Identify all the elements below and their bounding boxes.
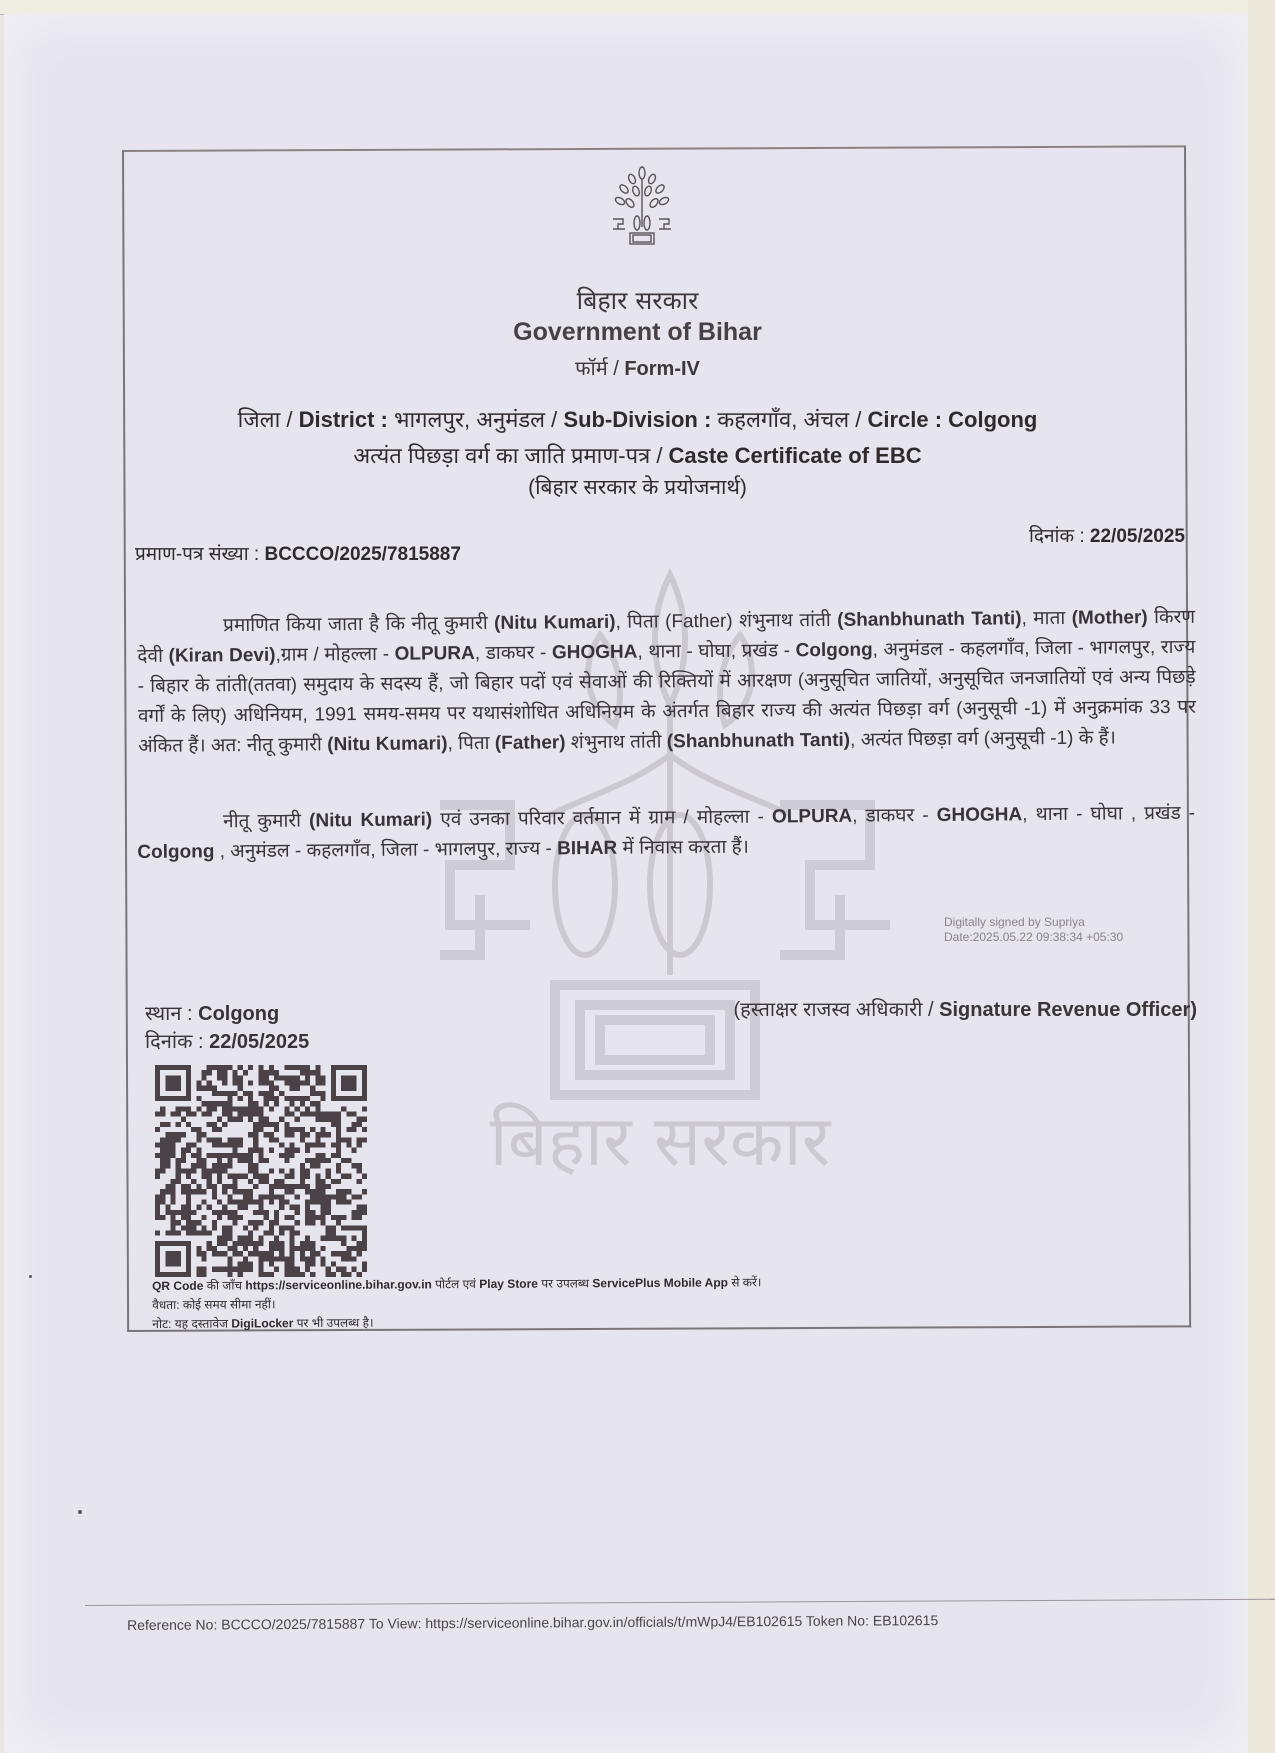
scan-right-edge bbox=[1248, 0, 1275, 1753]
paragraph-text: (Nitu Kumari) bbox=[494, 612, 616, 634]
signature-title-hindi: (हस्ताक्षर राजस्व अधिकारी / bbox=[733, 999, 939, 1021]
digital-signature-date: Date:2025.05.22 09:38:34 +05:30 bbox=[944, 930, 1123, 945]
paragraph-text: शंभुनाथ तांती bbox=[565, 731, 666, 753]
paragraph-text: नीतू कुमारी bbox=[223, 810, 309, 832]
paragraph-text: ,ग्राम / मोहल्ला - bbox=[275, 644, 394, 666]
paragraph-text: GHOGHA bbox=[552, 642, 638, 664]
digilocker-label: DigiLocker bbox=[231, 1316, 293, 1330]
paragraph-text: GHOGHA bbox=[937, 804, 1023, 826]
paragraph-text: Colgong bbox=[796, 640, 873, 662]
subdivision-label-hindi: अनुमंडल / bbox=[476, 407, 563, 432]
paragraph-text: एवं उनका परिवार वर्तमान में ग्राम / मोहल… bbox=[432, 806, 772, 830]
paragraph-text: (Nitu Kumari) bbox=[327, 733, 448, 755]
certificate-number-label: प्रमाण-पत्र संख्या : bbox=[135, 544, 264, 565]
place-date-label: दिनांक : bbox=[145, 1031, 209, 1053]
scan-speck bbox=[29, 1275, 32, 1278]
qr-code-icon[interactable] bbox=[155, 1065, 367, 1277]
scan-speck bbox=[78, 1510, 82, 1514]
place-date-line: दिनांक : 22/05/2025 bbox=[145, 1028, 309, 1056]
subdivision-label: Sub-Division : bbox=[563, 407, 711, 432]
certificate-number: प्रमाण-पत्र संख्या : BCCCO/2025/7815887 bbox=[135, 540, 461, 566]
paragraph-text: , पिता bbox=[447, 733, 494, 754]
signature-title-english: Signature Revenue Officer) bbox=[939, 999, 1197, 1021]
place-and-date: स्थान : Colgong दिनांक : 22/05/2025 bbox=[145, 1000, 309, 1056]
paragraph-text: , अनुमंडल - कहलगाँव, जिला - भागलपुर, राज… bbox=[214, 838, 557, 862]
circle-value: Circle : Colgong bbox=[867, 407, 1037, 432]
qr-note-text: पोर्टल एवं bbox=[432, 1277, 480, 1291]
paragraph-text: (Kiran Devi) bbox=[168, 645, 275, 667]
qr-note-text: Play Store bbox=[479, 1277, 538, 1291]
qr-note-text: QR Code bbox=[152, 1279, 203, 1293]
certificate-purpose: (बिहार सरकार के प्रयोजनार्थ) bbox=[0, 473, 1275, 501]
issue-date: दिनांक : 22/05/2025 bbox=[1029, 522, 1185, 548]
certificate-number-value: BCCCO/2025/7815887 bbox=[264, 544, 460, 565]
govt-title-english: Government of Bihar bbox=[0, 318, 1275, 347]
subdivision-value: कहलगाँव, bbox=[711, 407, 803, 432]
district-label: District : bbox=[299, 407, 388, 432]
paragraph-text: , माता bbox=[1022, 608, 1072, 629]
paragraph-text: , डाकघर - bbox=[852, 805, 937, 827]
issue-date-value: 22/05/2025 bbox=[1090, 526, 1185, 547]
qr-note-text: से करें। bbox=[728, 1275, 762, 1289]
digilocker-note-suffix: पर भी उपलब्ध है। bbox=[293, 1316, 373, 1330]
govt-title-hindi: बिहार सरकार bbox=[0, 283, 1275, 317]
jurisdiction-line: जिला / District : भागलपुर, अनुमंडल / Sub… bbox=[0, 404, 1275, 434]
paragraph-text: , थाना - घोघा, प्रखंड - bbox=[637, 640, 795, 662]
paragraph-text: प्रमाणित किया जाता है कि नीतू कुमारी bbox=[223, 613, 494, 636]
form-label-hindi: फॉर्म / bbox=[575, 358, 624, 380]
paragraph-text: (Shanbhunath Tanti) bbox=[837, 608, 1022, 631]
certificate-title-hindi: अत्यंत पिछड़ा वर्ग का जाति प्रमाण-पत्र / bbox=[353, 443, 668, 468]
residence-paragraph: नीतू कुमारी (Nitu Kumari) एवं उनका परिवा… bbox=[137, 799, 1195, 868]
digilocker-note-prefix: नोट: यह दस्तावेज bbox=[152, 1317, 231, 1331]
qr-note-text: ServicePlus Mobile App bbox=[592, 1275, 728, 1290]
qr-note-text: पर उपलब्ध bbox=[538, 1276, 592, 1290]
circle-label-hindi: अंचल / bbox=[803, 407, 867, 432]
certificate-title: अत्यंत पिछड़ा वर्ग का जाति प्रमाण-पत्र /… bbox=[0, 440, 1275, 470]
paragraph-text: (Father) bbox=[495, 732, 566, 754]
certificate-title-english: Caste Certificate of EBC bbox=[669, 443, 922, 468]
paragraph-text: OLPURA bbox=[394, 643, 474, 665]
digilocker-note: नोट: यह दस्तावेज DigiLocker पर भी उपलब्ध… bbox=[152, 1311, 761, 1334]
qr-note-text: https://serviceonline.bihar.gov.in bbox=[245, 1277, 432, 1292]
paragraph-text: OLPURA bbox=[772, 806, 852, 828]
district-label-hindi: जिला / bbox=[238, 407, 299, 432]
bihar-emblem-icon bbox=[610, 165, 674, 253]
form-label-english: Form-IV bbox=[624, 358, 700, 380]
paragraph-text: में निवास करता हैं। bbox=[617, 837, 749, 859]
digital-signature-stamp: Digitally signed by Supriya Date:2025.05… bbox=[944, 915, 1123, 945]
issue-date-label: दिनांक : bbox=[1029, 526, 1090, 547]
paragraph-text: (Shanbhunath Tanti) bbox=[667, 730, 850, 753]
scan-top-edge bbox=[0, 0, 1275, 15]
paragraph-text: , डाकघर - bbox=[475, 642, 552, 664]
place-value: Colgong bbox=[198, 1003, 279, 1025]
place-date-value: 22/05/2025 bbox=[209, 1031, 309, 1053]
paragraph-text: (Mother) bbox=[1072, 607, 1148, 629]
place-line: स्थान : Colgong bbox=[145, 1000, 309, 1028]
qr-verify-note: QR Code की जाँच https://serviceonline.bi… bbox=[152, 1273, 761, 1296]
qr-note-text: की जाँच bbox=[203, 1278, 245, 1292]
certification-paragraph: प्रमाणित किया जाता है कि नीतू कुमारी (Ni… bbox=[137, 603, 1196, 762]
paragraph-text: Colgong bbox=[137, 841, 214, 863]
paragraph-text: BIHAR bbox=[557, 838, 617, 860]
qr-notes: QR Code की जाँच https://serviceonline.bi… bbox=[152, 1273, 762, 1334]
form-number: फॉर्म / Form-IV bbox=[0, 354, 1275, 381]
digital-signature-signer: Digitally signed by Supriya bbox=[944, 915, 1123, 930]
place-label: स्थान : bbox=[145, 1003, 198, 1025]
signature-title: (हस्ताक्षर राजस्व अधिकारी / Signature Re… bbox=[733, 995, 1197, 1022]
paragraph-text: , थाना - घोघा , प्रखंड - bbox=[1022, 803, 1195, 826]
paragraph-text: , पिता (Father) शंभुनाथ तांती bbox=[615, 610, 837, 633]
paragraph-text: (Nitu Kumari) bbox=[309, 809, 432, 831]
paragraph-text: , अत्यंत पिछड़ा वर्ग (अनुसूची -1) के हैं… bbox=[850, 727, 1116, 750]
district-value: भागलपुर, bbox=[388, 407, 476, 432]
